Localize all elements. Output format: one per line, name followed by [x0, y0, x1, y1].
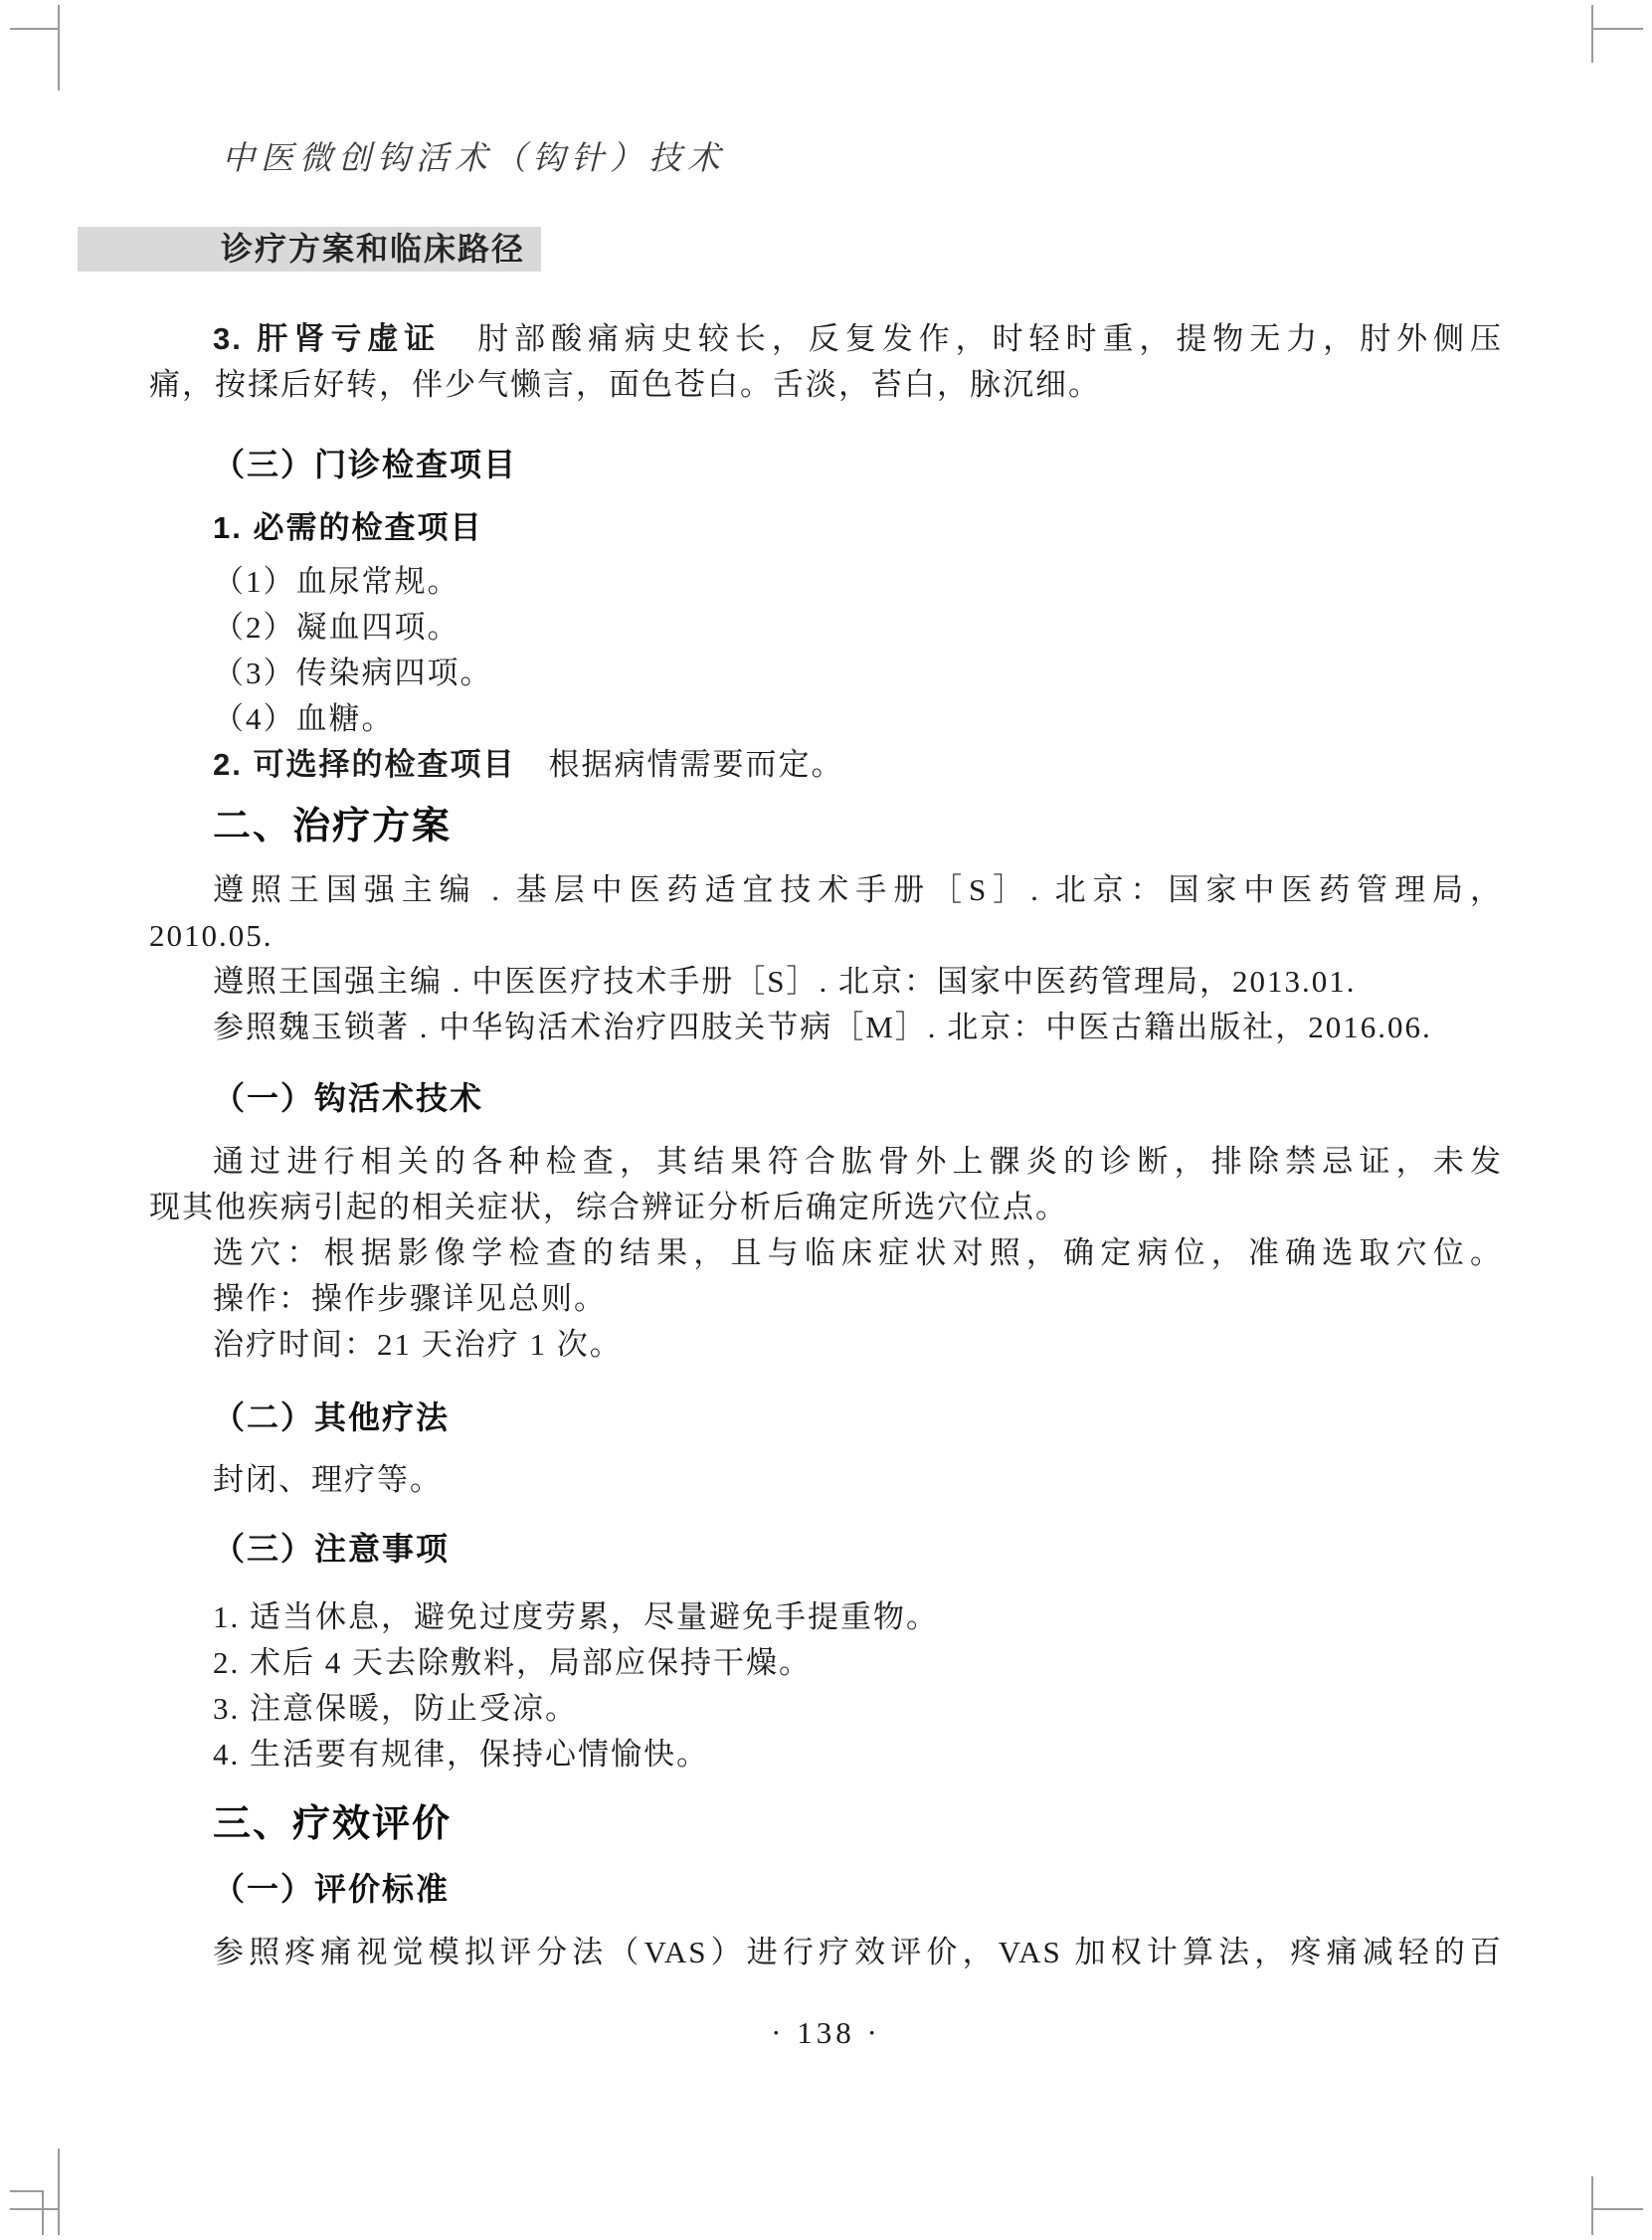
section-banner-label: 诊疗方案和临床路径 — [221, 231, 525, 267]
running-head-book-title: 中医微创钩活术（钩针）技术 — [222, 135, 726, 183]
precaution-item-2: 2. 术后 4 天去除敷料，局部应保持干燥。 — [149, 1640, 1503, 1686]
crop-mark-bottom-left-inner-vertical — [42, 2190, 44, 2235]
syndrome-text-line-1: 肘部酸痛病史较长，反复发作，时轻时重，提物无力，肘外侧压 — [441, 321, 1503, 356]
crop-mark-bottom-right-vertical — [1591, 2176, 1593, 2235]
optional-exam-line: 2. 可选择的检查项目 根据病情需要而定。 — [149, 742, 1503, 788]
reference-1-line-1: 遵照王国强主编 . 基层中医药适宜技术手册［S］. 北京：国家中医药管理局， — [149, 867, 1503, 913]
page-number: · 138 · — [0, 2015, 1652, 2051]
exam-item-4: （4）血糖。 — [149, 696, 1503, 742]
heading-hook-technique: （一）钩活术技术 — [149, 1076, 1503, 1120]
page-body: 3. 肝肾亏虚证 肘部酸痛病史较长，反复发作，时轻时重，提物无力，肘外侧压 痛，… — [149, 271, 1503, 1975]
other-therapies-text: 封闭、理疗等。 — [149, 1457, 1503, 1503]
crop-mark-top-right-vertical — [1591, 5, 1593, 63]
acupoint-selection-line: 选穴：根据影像学检查的结果，且与临床症状对照，确定病位，准确选取穴位。 — [149, 1230, 1503, 1276]
evaluation-paragraph: 参照疼痛视觉模拟评分法（VAS）进行疗效评价，VAS 加权计算法，疼痛减轻的百 — [149, 1930, 1503, 1975]
operation-line: 操作：操作步骤详见总则。 — [149, 1276, 1503, 1322]
crop-mark-top-left-vertical — [58, 5, 60, 91]
exam-item-3: （3）传染病四项。 — [149, 651, 1503, 696]
crop-mark-bottom-left-vertical — [58, 2148, 60, 2235]
heading-required-exams: 1. 必需的检查项目 — [149, 505, 1503, 551]
book-page: 中医微创钩活术（钩针）技术 诊疗方案和临床路径 3. 肝肾亏虚证 肘部酸痛病史较… — [0, 0, 1652, 2240]
hook-paragraph-line-2: 现其他疾病引起的相关症状，综合辨证分析后确定所选穴位点。 — [149, 1185, 1503, 1230]
treatment-duration-line: 治疗时间：21 天治疗 1 次。 — [149, 1322, 1503, 1368]
syndrome-paragraph-line-1: 3. 肝肾亏虚证 肘部酸痛病史较长，反复发作，时轻时重，提物无力，肘外侧压 — [149, 316, 1503, 362]
heading-efficacy-evaluation: 三、疗效评价 — [149, 1798, 1503, 1850]
reference-1-line-2: 2010.05. — [149, 913, 1503, 959]
hook-paragraph-line-1: 通过进行相关的各种检查，其结果符合肱骨外上髁炎的诊断，排除禁忌证，未发 — [149, 1139, 1503, 1185]
optional-exam-label: 2. 可选择的检查项目 — [213, 747, 515, 782]
reference-3: 参照魏玉锁著 . 中华钩活术治疗四肢关节病［M］. 北京：中医古籍出版社，201… — [149, 1005, 1503, 1050]
reference-2: 遵照王国强主编 . 中医医疗技术手册［S］. 北京：国家中医药管理局，2013.… — [149, 959, 1503, 1005]
heading-evaluation-criteria: （一）评价标准 — [149, 1867, 1503, 1911]
crop-mark-top-left-horizontal — [10, 28, 60, 30]
crop-mark-bottom-right-horizontal — [1593, 2208, 1643, 2210]
precaution-item-1: 1. 适当休息，避免过度劳累，尽量避免手提重物。 — [149, 1594, 1503, 1640]
section-banner: 诊疗方案和临床路径 — [78, 227, 541, 272]
precaution-item-3: 3. 注意保暖，防止受凉。 — [149, 1686, 1503, 1732]
crop-mark-bottom-left-inner-horizontal — [10, 2190, 44, 2192]
exam-item-1: （1）血尿常规。 — [149, 559, 1503, 605]
syndrome-paragraph-line-2: 痛，按揉后好转，伴少气懒言，面色苍白。舌淡，苔白，脉沉细。 — [149, 362, 1503, 408]
heading-outpatient-exam: （三）门诊检查项目 — [149, 443, 1503, 486]
heading-precautions: （三）注意事项 — [149, 1527, 1503, 1571]
heading-treatment-plan: 二、治疗方案 — [149, 801, 1503, 852]
syndrome-label: 3. 肝肾亏虚证 — [213, 321, 441, 356]
heading-other-therapies: （二）其他疗法 — [149, 1396, 1503, 1439]
precaution-item-4: 4. 生活要有规律，保持心情愉快。 — [149, 1732, 1503, 1777]
crop-mark-top-right-horizontal — [1593, 28, 1643, 30]
exam-item-2: （2）凝血四项。 — [149, 605, 1503, 651]
crop-mark-bottom-left-horizontal — [10, 2208, 60, 2210]
optional-exam-text: 根据病情需要而定。 — [515, 747, 843, 782]
